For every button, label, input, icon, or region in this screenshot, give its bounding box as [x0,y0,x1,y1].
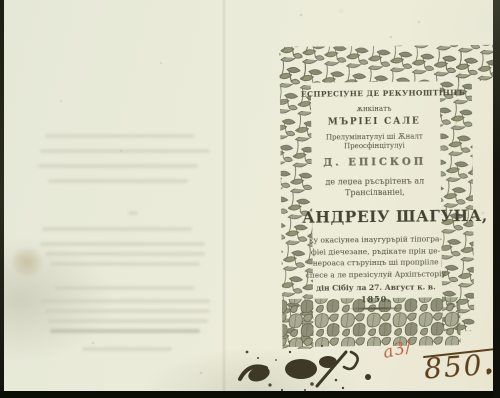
black-ink-scrawl [240,345,371,391]
scan-edge-bottom [0,391,500,398]
ink-marks-layer [0,0,500,398]
scan-edge-left [0,0,4,398]
scanned-page: ЕСПРЕСІУНЕ ДЕ РЕКУНОШТІНЦЪ ѫнкінатъ МЪРІ… [0,0,500,398]
handwritten-number: 850. [423,348,495,386]
scan-edge-right [493,0,500,398]
